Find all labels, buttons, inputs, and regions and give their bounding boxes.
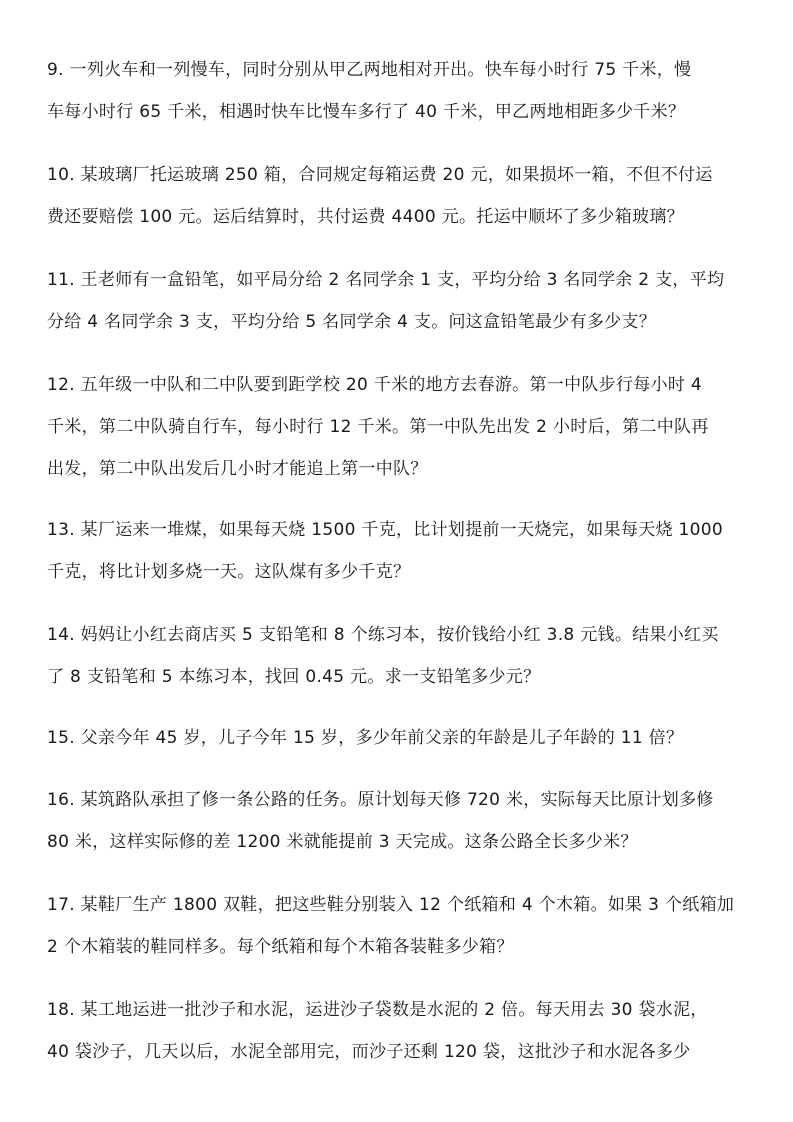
- problem-14: 14. 妈妈让小红去商店买 5 支铅笔和 8 个练习本，按价钱给小红 3.8 元…: [47, 614, 747, 698]
- problem-line: 出发，第二中队出发后几小时才能追上第一中队？: [47, 448, 747, 490]
- problem-line: 15. 父亲今年 45 岁，儿子今年 15 岁，多少年前父亲的年龄是儿子年龄的 …: [47, 717, 747, 759]
- document-page: 9. 一列火车和一列慢车，同时分别从甲乙两地相对开出。快车每小时行 75 千米，…: [0, 0, 793, 1122]
- problem-line: 17. 某鞋厂生产 1800 双鞋，把这些鞋分别装入 12 个纸箱和 4 个木箱…: [47, 884, 747, 926]
- problem-12: 12. 五年级一中队和二中队要到距学校 20 千米的地方去春游。第一中队步行每小…: [47, 364, 747, 490]
- problem-line: 18. 某工地运进一批沙子和水泥，运进沙子袋数是水泥的 2 倍。每天用去 30 …: [47, 989, 747, 1031]
- problem-11: 11. 王老师有一盒铅笔，如平局分给 2 名同学余 1 支，平均分给 3 名同学…: [47, 259, 747, 343]
- problem-line: 11. 王老师有一盒铅笔，如平局分给 2 名同学余 1 支，平均分给 3 名同学…: [47, 259, 747, 301]
- problem-18: 18. 某工地运进一批沙子和水泥，运进沙子袋数是水泥的 2 倍。每天用去 30 …: [47, 989, 747, 1073]
- problem-10: 10. 某玻璃厂托运玻璃 250 箱，合同规定每箱运费 20 元，如果损坏一箱，…: [47, 154, 747, 238]
- problem-line: 14. 妈妈让小红去商店买 5 支铅笔和 8 个练习本，按价钱给小红 3.8 元…: [47, 614, 747, 656]
- problem-line: 16. 某筑路队承担了修一条公路的任务。原计划每天修 720 米，实际每天比原计…: [47, 779, 747, 821]
- problem-9: 9. 一列火车和一列慢车，同时分别从甲乙两地相对开出。快车每小时行 75 千米，…: [47, 49, 747, 133]
- problem-16: 16. 某筑路队承担了修一条公路的任务。原计划每天修 720 米，实际每天比原计…: [47, 779, 747, 863]
- problem-line: 2 个木箱装的鞋同样多。每个纸箱和每个木箱各装鞋多少箱？: [47, 926, 747, 968]
- problem-line: 10. 某玻璃厂托运玻璃 250 箱，合同规定每箱运费 20 元，如果损坏一箱，…: [47, 154, 747, 196]
- problem-17: 17. 某鞋厂生产 1800 双鞋，把这些鞋分别装入 12 个纸箱和 4 个木箱…: [47, 884, 747, 968]
- problem-15: 15. 父亲今年 45 岁，儿子今年 15 岁，多少年前父亲的年龄是儿子年龄的 …: [47, 717, 747, 759]
- problem-13: 13. 某厂运来一堆煤，如果每天烧 1500 千克，比计划提前一天烧完，如果每天…: [47, 509, 747, 593]
- problem-line: 车每小时行 65 千米，相遇时快车比慢车多行了 40 千米，甲乙两地相距多少千米…: [47, 91, 747, 133]
- problem-line: 40 袋沙子，几天以后，水泥全部用完，而沙子还剩 120 袋，这批沙子和水泥各多…: [47, 1031, 747, 1073]
- problem-line: 分给 4 名同学余 3 支，平均分给 5 名同学余 4 支。问这盒铅笔最少有多少…: [47, 301, 747, 343]
- problem-line: 千米，第二中队骑自行车，每小时行 12 千米。第一中队先出发 2 小时后，第二中…: [47, 406, 747, 448]
- problem-line: 9. 一列火车和一列慢车，同时分别从甲乙两地相对开出。快车每小时行 75 千米，…: [47, 49, 747, 91]
- problem-line: 12. 五年级一中队和二中队要到距学校 20 千米的地方去春游。第一中队步行每小…: [47, 364, 747, 406]
- problem-line: 费还要赔偿 100 元。运后结算时，共付运费 4400 元。托运中顺坏了多少箱玻…: [47, 196, 747, 238]
- problem-line: 千克，将比计划多烧一天。这队煤有多少千克？: [47, 551, 747, 593]
- problem-line: 了 8 支铅笔和 5 本练习本，找回 0.45 元。求一支铅笔多少元？: [47, 656, 747, 698]
- problem-line: 80 米，这样实际修的差 1200 米就能提前 3 天完成。这条公路全长多少米？: [47, 821, 747, 863]
- problem-line: 13. 某厂运来一堆煤，如果每天烧 1500 千克，比计划提前一天烧完，如果每天…: [47, 509, 747, 551]
